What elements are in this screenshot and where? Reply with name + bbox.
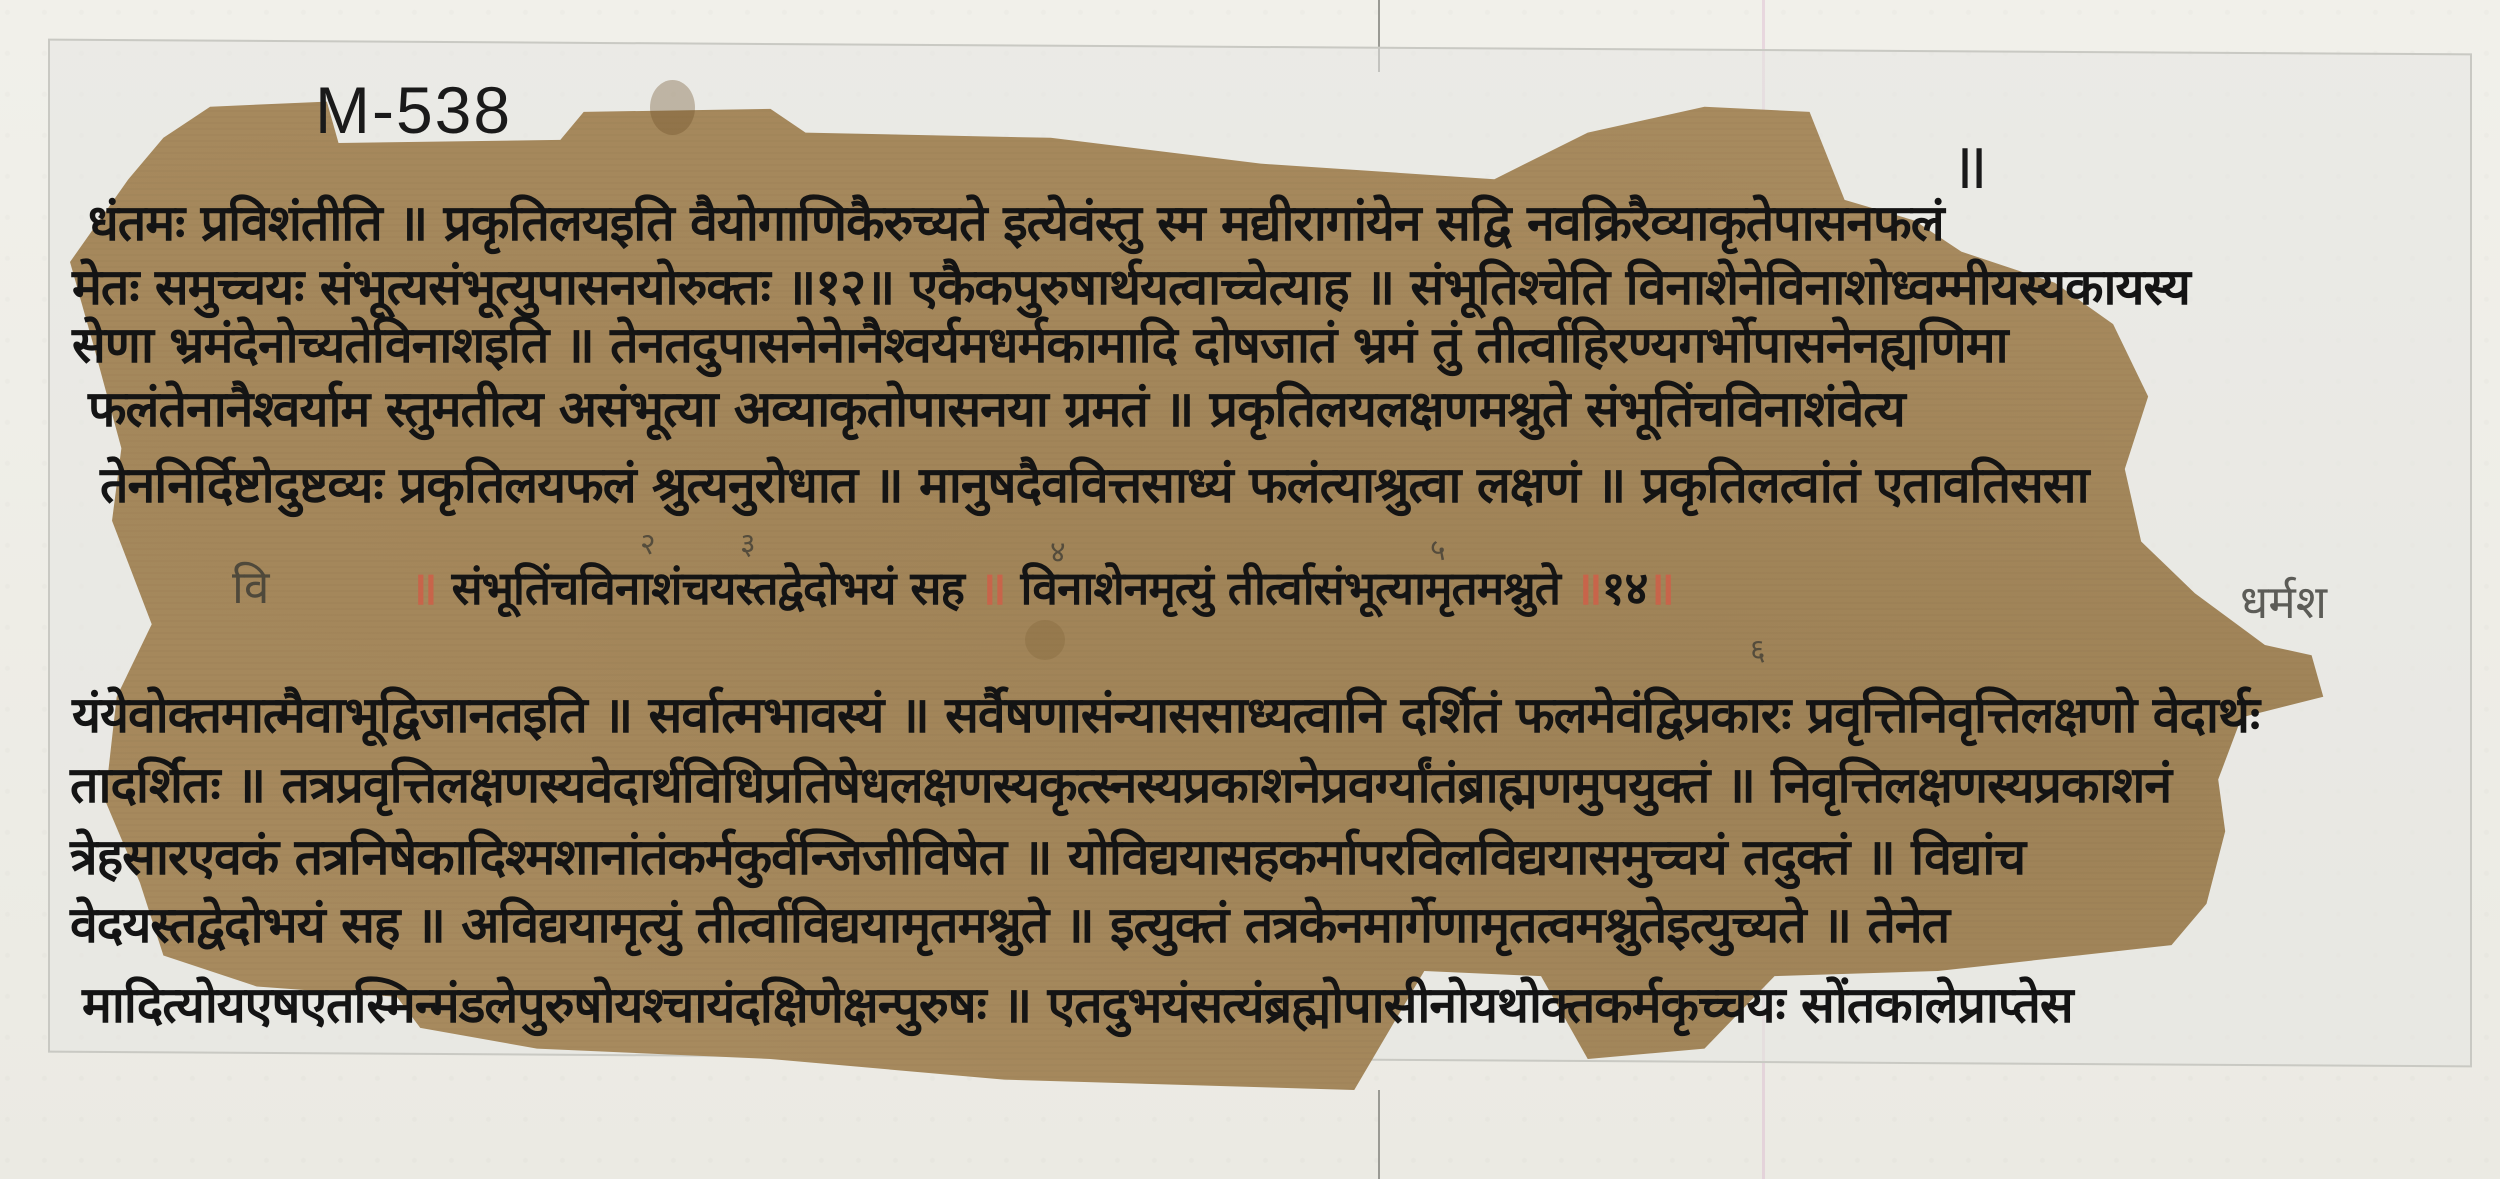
shelf-mark: M-538 — [315, 72, 512, 148]
text-line: सेणा भ्रमंदेनोच्यतेविनाशइति ॥ तेनतदुपासन… — [72, 320, 2008, 370]
interlinear-gloss: २ — [640, 522, 656, 563]
text-line: मेतः समुच्चयः संभूत्यसंभूत्युपासनयोरुक्त… — [72, 262, 2190, 312]
interlinear-gloss: ३ — [740, 522, 756, 563]
interlinear-gloss: ४ — [1050, 530, 1066, 571]
text-line: तेननिर्दिष्टोदुष्टव्यः प्रकृतिलयफलं श्रु… — [100, 460, 2089, 510]
text-line: तादर्शितः ॥ तत्रप्रवृत्तिलक्षणस्यवेदार्थ… — [70, 760, 2171, 810]
verse-half-a: संभूतिंचविनाशंचयस्तद्वेदोभयं सह — [452, 561, 964, 615]
text-line: धंतमः प्रविशंतीति ॥ प्रकृतिलयइति वैयोगाण… — [88, 198, 1944, 248]
verse-number: १४ — [1602, 561, 1648, 615]
verse-text: ॥ संभूतिंचविनाशंचयस्तद्वेदोभयं सह ॥ विना… — [410, 565, 1674, 611]
folio-mark: ॥ — [1950, 120, 1998, 207]
interlinear-gloss: ५ — [1430, 528, 1446, 569]
danda-mark: ॥ — [1647, 561, 1674, 615]
interlinear-gloss: ६ — [1750, 628, 1766, 669]
text-line: फलंतेनानैश्वर्याम स्तुमतीत्य असंभूत्या अ… — [88, 384, 1905, 434]
text-line: त्रेहसारएवकं तत्रनिषेकादिश्मशानांतंकर्मक… — [70, 832, 2025, 882]
margin-note-left: वि — [232, 555, 270, 617]
margin-note-right: धर्मश — [2240, 570, 2327, 632]
stain — [1025, 620, 1065, 660]
stain — [650, 80, 695, 135]
danda-mark: ॥ — [979, 561, 1006, 615]
text-line: यंयेवोक्तमात्मैवाभूद्विजानतइति ॥ सर्वात्… — [72, 690, 2259, 740]
text-line: मादित्योयएषएतस्मिन्मंडलेपुरुषोयश्चायंदक्… — [82, 980, 2073, 1030]
mount-fold-line-bottom — [1378, 1090, 1380, 1179]
danda-mark: ॥ — [1575, 561, 1602, 615]
danda-mark: ॥ — [410, 561, 437, 615]
verse-half-b: विनाशेनमृत्युं तीर्त्वासंभूत्यामृतमश्नुत… — [1021, 561, 1560, 615]
text-line: वेदयस्तद्वेदोभयं सह ॥ अविद्ययामृत्युं ती… — [70, 900, 1949, 950]
